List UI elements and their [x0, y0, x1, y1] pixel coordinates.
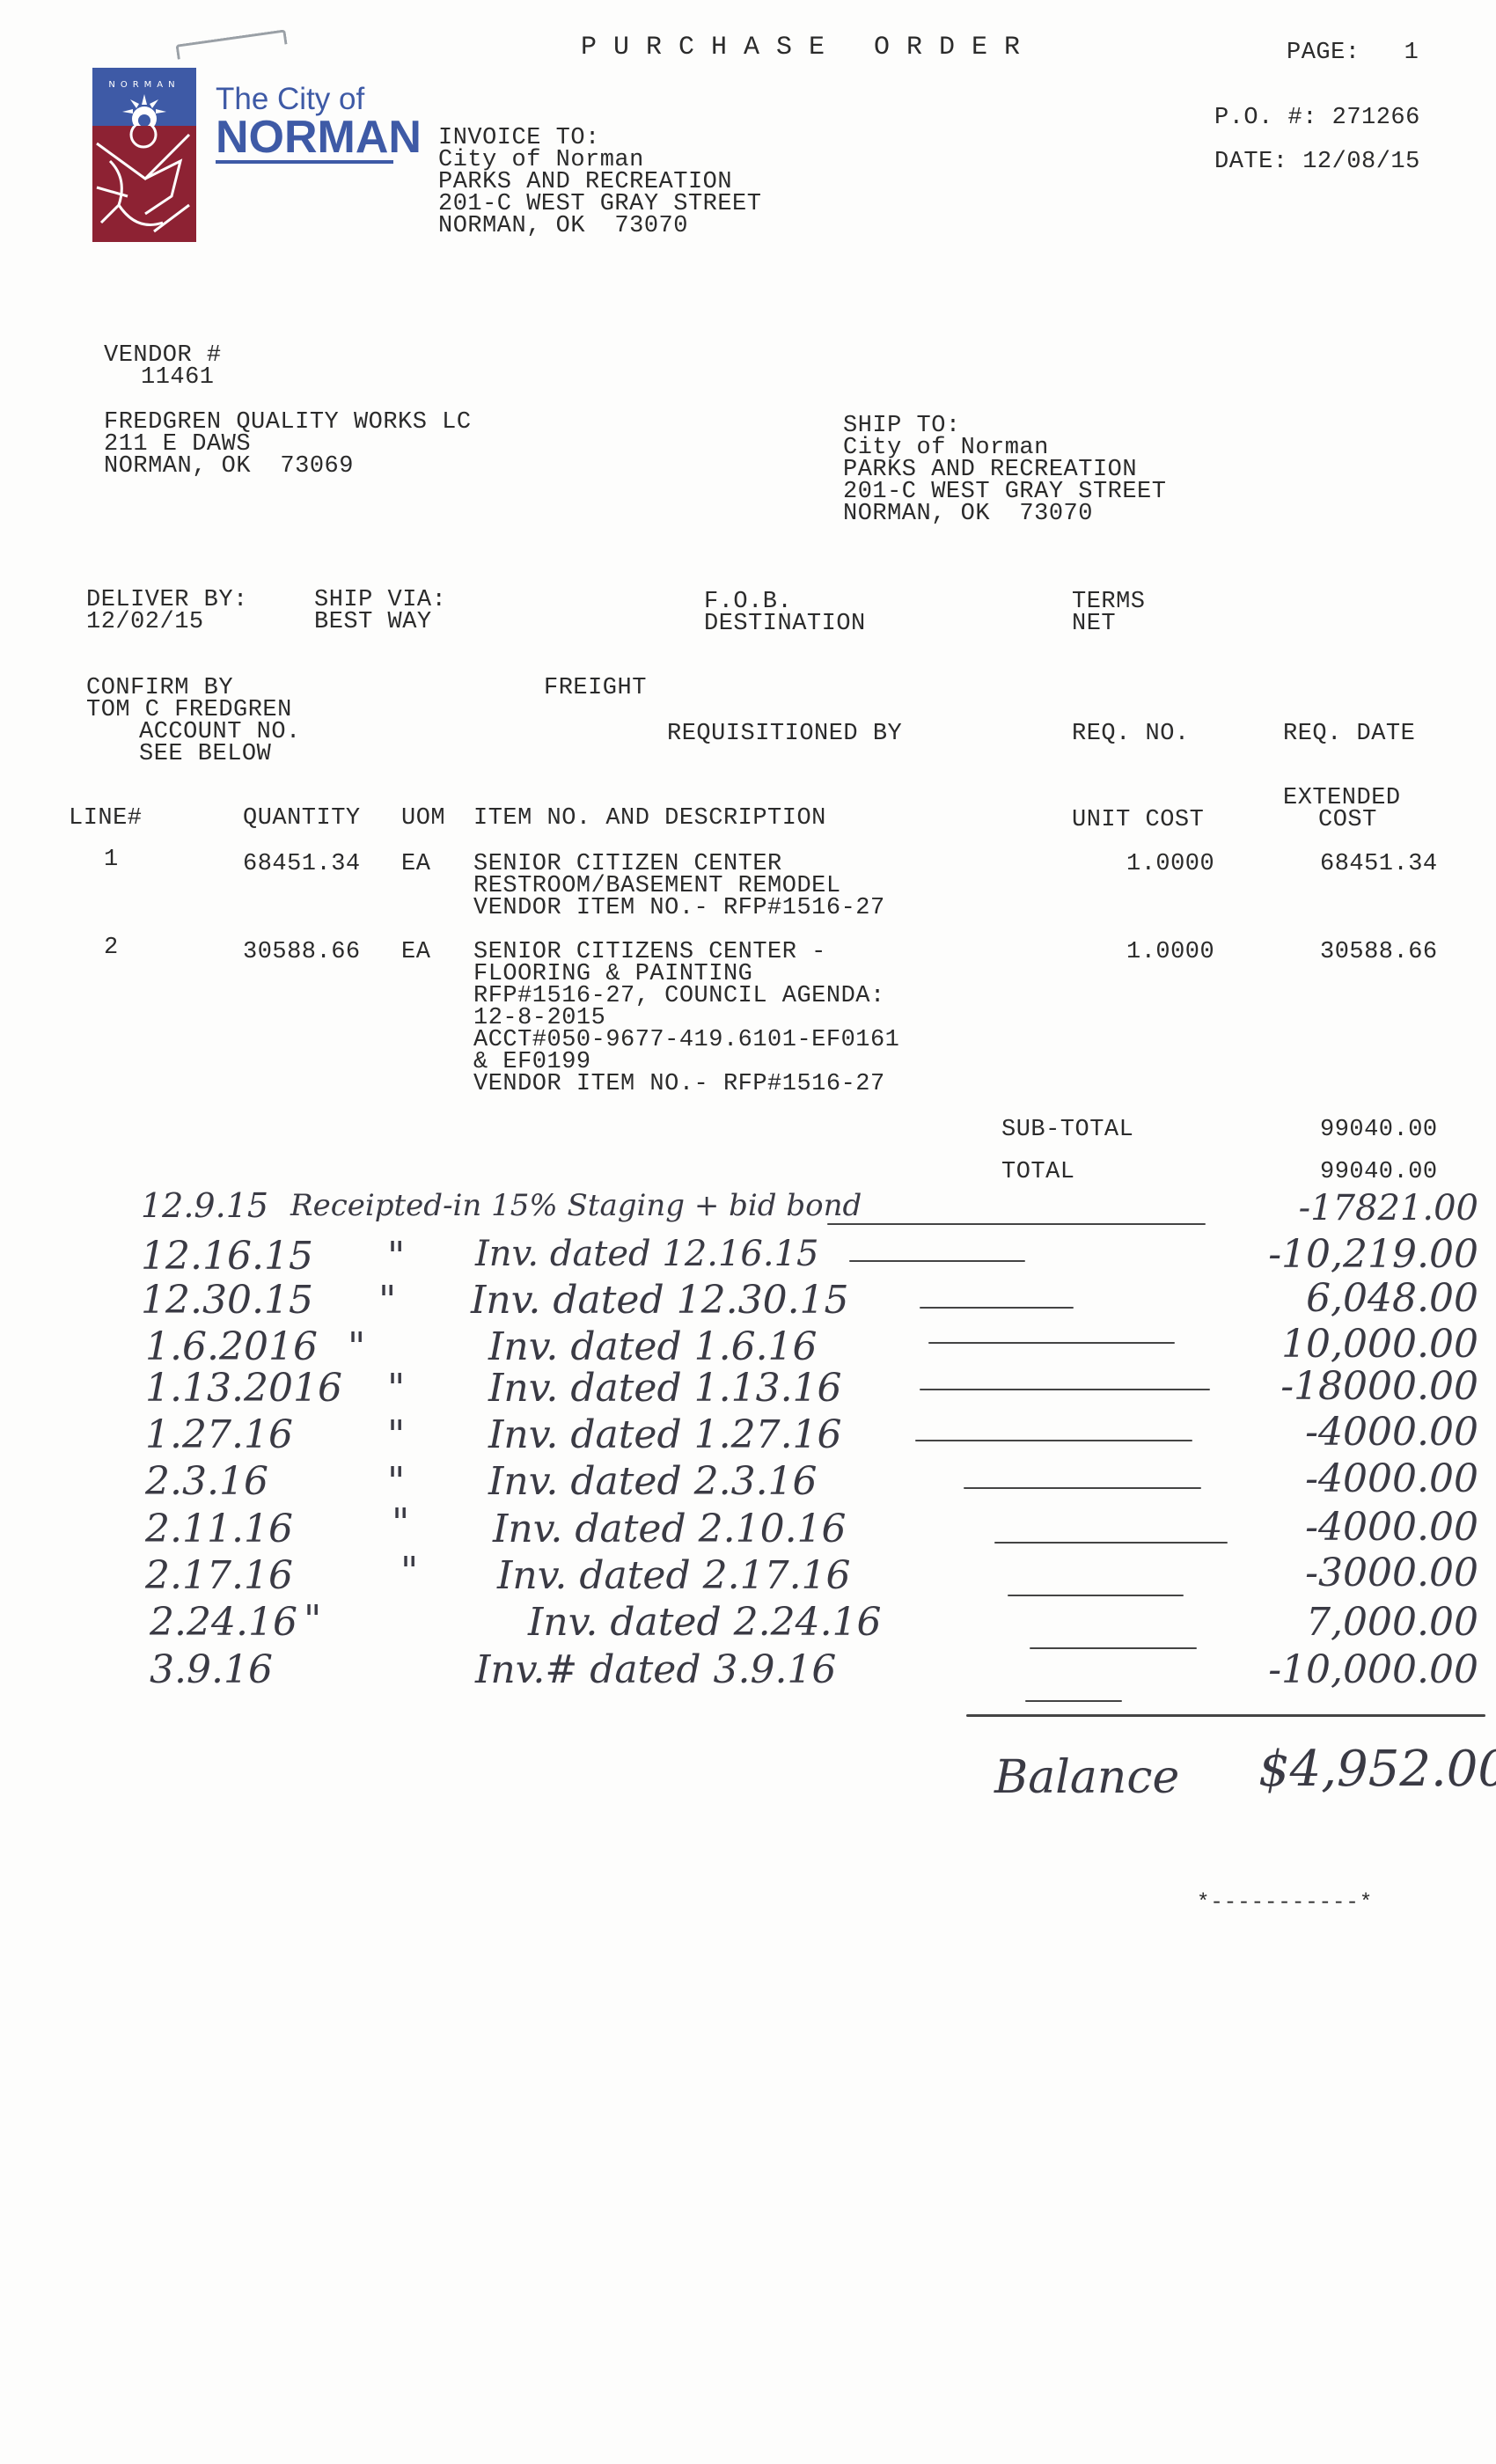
ledger-amount: -4000.00	[1241, 1410, 1478, 1455]
ledger-note: Inv. dated 2.24.16	[528, 1600, 882, 1645]
balance-label: Balance	[994, 1751, 1179, 1804]
logo-wordmark: The City of NORMAN	[216, 84, 422, 159]
freight-label: FREIGHT	[544, 678, 647, 700]
col-extended: EXTENDED COST	[1283, 788, 1401, 832]
logo-line1: The City of	[216, 84, 422, 115]
page-number: 1	[1404, 40, 1419, 66]
ledger-note: Inv. dated 2.10.16	[493, 1507, 847, 1551]
ledger-amount: -17821.00	[1241, 1188, 1478, 1228]
fob: F.O.B. DESTINATION	[704, 591, 866, 635]
row-unit-cost: 1.0000	[1126, 942, 1214, 964]
terms: TERMS NET	[1072, 591, 1146, 635]
ledger-rule	[994, 1542, 1228, 1544]
ledger-amount: 10,000.00	[1241, 1322, 1478, 1367]
vendor-number-block: VENDOR # 11461	[104, 345, 222, 389]
vendor-number: 11461	[104, 367, 222, 389]
ledger-date: 2.3.16	[145, 1459, 268, 1504]
ship-via-value: BEST WAY	[314, 612, 446, 634]
end-of-document-marker: *-----------*	[1197, 1892, 1373, 1914]
req-no-label: REQ. NO.	[1072, 723, 1190, 745]
row-quantity: 68451.34	[243, 854, 361, 876]
description-line: VENDOR ITEM NO.- RFP#1516-27	[473, 898, 885, 920]
ledger-rule	[915, 1440, 1192, 1441]
city-of-norman-logo: NORMAN	[92, 68, 196, 242]
subtotal-label: SUB-TOTAL	[1001, 1119, 1133, 1141]
row-line-number: 2	[104, 937, 119, 959]
ledger-note: Inv. dated 1.6.16	[488, 1324, 818, 1369]
ledger-note: Inv. dated 2.17.16	[497, 1553, 851, 1598]
ledger-date: 3.9.16	[150, 1647, 273, 1692]
ledger-rule	[920, 1307, 1074, 1309]
document-title: PURCHASE ORDER	[581, 37, 1037, 59]
ledger-date: 12.30.15	[141, 1278, 313, 1323]
po-date: DATE: 12/08/15	[1214, 151, 1420, 173]
row-uom: EA	[401, 942, 430, 964]
ledger-amount: -4000.00	[1241, 1505, 1478, 1550]
ledger-ditto: "	[387, 1366, 405, 1411]
row-extended-cost: 30588.66	[1320, 942, 1438, 964]
invoice-to-block: INVOICE TO: City of Norman PARKS AND REC…	[438, 128, 761, 238]
ledger-ditto: "	[400, 1549, 418, 1594]
ledger-note: Inv. dated 1.13.16	[488, 1366, 842, 1411]
ledger-amount: -4000.00	[1241, 1456, 1478, 1501]
ledger-date: 1.27.16	[145, 1412, 293, 1457]
logo-underline	[216, 160, 393, 164]
ledger-note: Inv. dated 2.3.16	[488, 1459, 818, 1504]
row-description: SENIOR CITIZENS CENTER - FLOORING & PAIN…	[473, 942, 899, 1096]
invoice-to-line: NORMAN, OK 73070	[438, 216, 761, 238]
ledger-ditto: "	[304, 1597, 321, 1642]
ledger-date: 1.13.2016	[145, 1366, 342, 1411]
ship-to-block: SHIP TO: City of Norman PARKS AND RECREA…	[843, 415, 1166, 525]
ledger-note: Receipted-in 15% Staging + bid bond	[290, 1188, 862, 1223]
col-extended-line2: COST	[1283, 810, 1401, 832]
ledger-note: Inv. dated 12.16.15	[475, 1234, 819, 1274]
row-unit-cost: 1.0000	[1126, 854, 1214, 876]
ledger-date: 2.17.16	[145, 1553, 293, 1598]
col-line: LINE#	[69, 808, 143, 830]
page-label: PAGE:	[1287, 40, 1360, 66]
ledger-ditto: "	[387, 1412, 405, 1457]
fob-value: DESTINATION	[704, 613, 866, 635]
col-quantity: QUANTITY	[243, 808, 361, 830]
deliver-by: DELIVER BY: 12/02/15	[86, 590, 248, 634]
ledger-ditto: "	[392, 1500, 409, 1545]
staple	[175, 29, 287, 59]
ledger-rule	[827, 1223, 1206, 1225]
ledger-date: 2.24.16	[150, 1600, 297, 1645]
row-description: SENIOR CITIZEN CENTER RESTROOM/BASEMENT …	[473, 854, 885, 920]
ledger-note: Inv.# dated 3.9.16	[475, 1647, 836, 1692]
ledger-rule	[920, 1389, 1210, 1390]
gear-and-plant-icon	[92, 126, 196, 242]
po-label: P.O. #:	[1214, 105, 1317, 131]
row-quantity: 30588.66	[243, 942, 361, 964]
ledger-rule	[1025, 1700, 1122, 1702]
ledger-date: 12.16.15	[141, 1234, 313, 1279]
col-uom: UOM	[401, 808, 445, 830]
ledger-note: Inv. dated 12.30.15	[471, 1278, 849, 1323]
ledger-rule	[849, 1260, 1025, 1262]
date-value: 12/08/15	[1302, 149, 1420, 175]
row-extended-cost: 68451.34	[1320, 854, 1438, 876]
ship-via: SHIP VIA: BEST WAY	[314, 590, 446, 634]
page-indicator: PAGE: 1	[1287, 42, 1419, 64]
requisitioned-by-label: REQUISITIONED BY	[667, 723, 902, 745]
ledger-rule	[1030, 1647, 1197, 1649]
svg-text:NORMAN: NORMAN	[108, 80, 180, 90]
deliver-by-value: 12/02/15	[86, 612, 248, 634]
ledger-rule	[964, 1487, 1201, 1489]
total-label: TOTAL	[1001, 1162, 1075, 1184]
col-description: ITEM NO. AND DESCRIPTION	[473, 808, 826, 830]
ledger-rule	[928, 1342, 1175, 1344]
po-number: P.O. #: 271266	[1214, 107, 1420, 129]
ledger-rule	[1008, 1595, 1184, 1596]
terms-value: NET	[1072, 613, 1146, 635]
row-line-number: 1	[104, 849, 119, 871]
ledger-amount: 7,000.00	[1241, 1600, 1478, 1645]
po-value: 271266	[1332, 105, 1420, 131]
ledger-note: Inv. dated 1.27.16	[488, 1412, 842, 1457]
ledger-date: 2.11.16	[145, 1507, 293, 1551]
total-value: 99040.00	[1320, 1162, 1438, 1184]
ship-to-line: NORMAN, OK 73070	[843, 503, 1166, 525]
ledger-sum-rule	[966, 1714, 1485, 1717]
ledger-date: 1.6.2016	[145, 1324, 318, 1369]
confirm-by: CONFIRM BY TOM C FREDGREN ACCOUNT NO. SE…	[86, 678, 301, 766]
account-no-value: SEE BELOW	[86, 744, 301, 766]
balance-value: $4,952.00	[1258, 1741, 1496, 1798]
ledger-ditto: "	[378, 1278, 396, 1323]
description-line: VENDOR ITEM NO.- RFP#1516-27	[473, 1074, 899, 1096]
ledger-date: 12.9.15	[141, 1186, 268, 1225]
req-date-label: REQ. DATE	[1283, 723, 1415, 745]
row-uom: EA	[401, 854, 430, 876]
ledger-amount: -18000.00	[1241, 1364, 1478, 1409]
ledger-amount: -3000.00	[1241, 1551, 1478, 1595]
ledger-ditto: "	[348, 1324, 365, 1369]
sunburst-icon: NORMAN	[92, 68, 196, 126]
ledger-ditto: "	[387, 1459, 405, 1504]
vendor-city: NORMAN, OK 73069	[104, 456, 472, 478]
logo-line2: NORMAN	[216, 115, 422, 159]
ledger-amount: 6,048.00	[1241, 1276, 1478, 1321]
date-label: DATE:	[1214, 149, 1288, 175]
subtotal-value: 99040.00	[1320, 1119, 1438, 1141]
col-unit-cost: UNIT COST	[1072, 810, 1204, 832]
vendor-address-block: FREDGREN QUALITY WORKS LC 211 E DAWS NOR…	[104, 412, 472, 478]
ledger-amount: -10,000.00	[1241, 1647, 1478, 1692]
ledger-amount: -10,219.00	[1241, 1232, 1478, 1277]
ledger-ditto: "	[387, 1234, 405, 1279]
